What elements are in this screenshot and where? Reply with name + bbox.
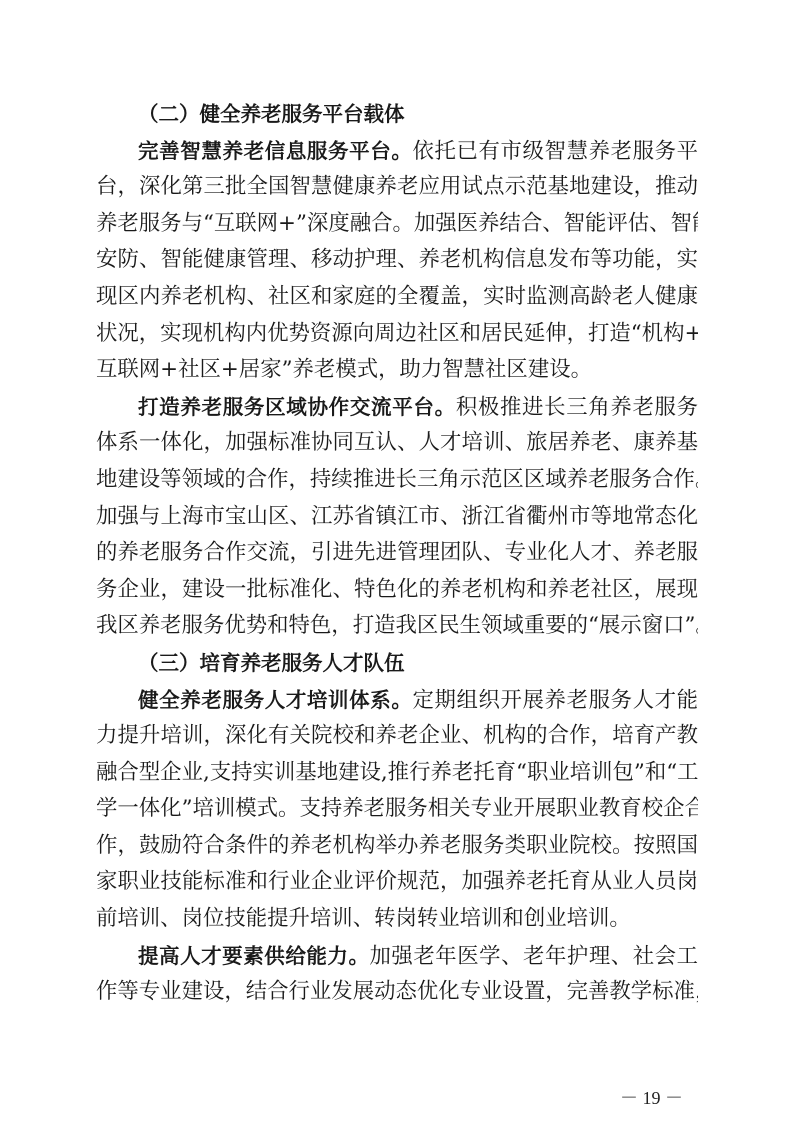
paragraph-lead: 提高人才要素供给能力。 [138,944,370,968]
paragraph-lead: 健全养老服务人才培训体系。 [138,688,413,712]
paragraph-line: 前培训、岗位技能提升培训、转岗转业培训和创业培训。 [96,901,698,938]
paragraph-line: 健全养老服务人才培训体系。定期组织开展养老服务人才能 [96,682,698,719]
paragraph-line: 养老服务与“互联网+”深度融合。加强医养结合、智能评估、智能 [96,206,698,243]
paragraph-line: 作，鼓励符合条件的养老机构举办养老服务类职业院校。按照国 [96,828,698,865]
paragraph-line: 台，深化第三批全国智慧健康养老应用试点示范基地建设，推动 [96,169,698,206]
paragraph-line: 地建设等领域的合作，持续推进长三角示范区区域养老服务合作。 [96,462,698,499]
document-page: （二）健全养老服务平台载体 完善智慧养老信息服务平台。依托已有市级智慧养老服务平… [96,96,698,1011]
paragraph-line: 力提升培训，深化有关院校和养老企业、机构的合作，培育产教 [96,718,698,755]
paragraph-line: 的养老服务合作交流，引进先进管理团队、专业化人才、养老服 [96,535,698,572]
page-number: － 19 － [620,1084,683,1110]
paragraph-line: 状况，实现机构内优势资源向周边社区和居民延伸，打造“机构+ [96,316,698,353]
section-heading-3: （三）培育养老服务人才队伍 [96,645,698,682]
paragraph-line: 互联网+社区+居家”养老模式，助力智慧社区建设。 [96,352,698,389]
paragraph-line: 家职业技能标准和行业企业评价规范，加强养老托育从业人员岗 [96,864,698,901]
paragraph-line: 体系一体化，加强标准协同互认、人才培训、旅居养老、康养基 [96,425,698,462]
paragraph-line: 完善智慧养老信息服务平台。依托已有市级智慧养老服务平 [96,133,698,170]
paragraph-line: 提高人才要素供给能力。加强老年医学、老年护理、社会工 [96,938,698,975]
paragraph-line: 务企业，建设一批标准化、特色化的养老机构和养老社区，展现 [96,572,698,609]
paragraph-lead: 完善智慧养老信息服务平台。 [138,139,413,163]
paragraph-line: 学一体化”培训模式。支持养老服务相关专业开展职业教育校企合 [96,791,698,828]
paragraph-line: 加强与上海市宝山区、江苏省镇江市、浙江省衢州市等地常态化 [96,499,698,536]
paragraph-lead: 打造养老服务区域协作交流平台。 [138,395,456,419]
section-heading-2: （二）健全养老服务平台载体 [96,96,698,133]
paragraph-line: 融合型企业,支持实训基地建设,推行养老托育“职业培训包”和“工 [96,755,698,792]
paragraph-line: 安防、智能健康管理、移动护理、养老机构信息发布等功能，实 [96,242,698,279]
paragraph-line: 现区内养老机构、社区和家庭的全覆盖，实时监测高龄老人健康 [96,279,698,316]
paragraph-line: 作等专业建设，结合行业发展动态优化专业设置，完善教学标准， [96,974,698,1011]
paragraph-line: 打造养老服务区域协作交流平台。积极推进长三角养老服务 [96,389,698,426]
paragraph-line: 我区养老服务优势和特色，打造我区民生领域重要的“展示窗口”。 [96,608,698,645]
